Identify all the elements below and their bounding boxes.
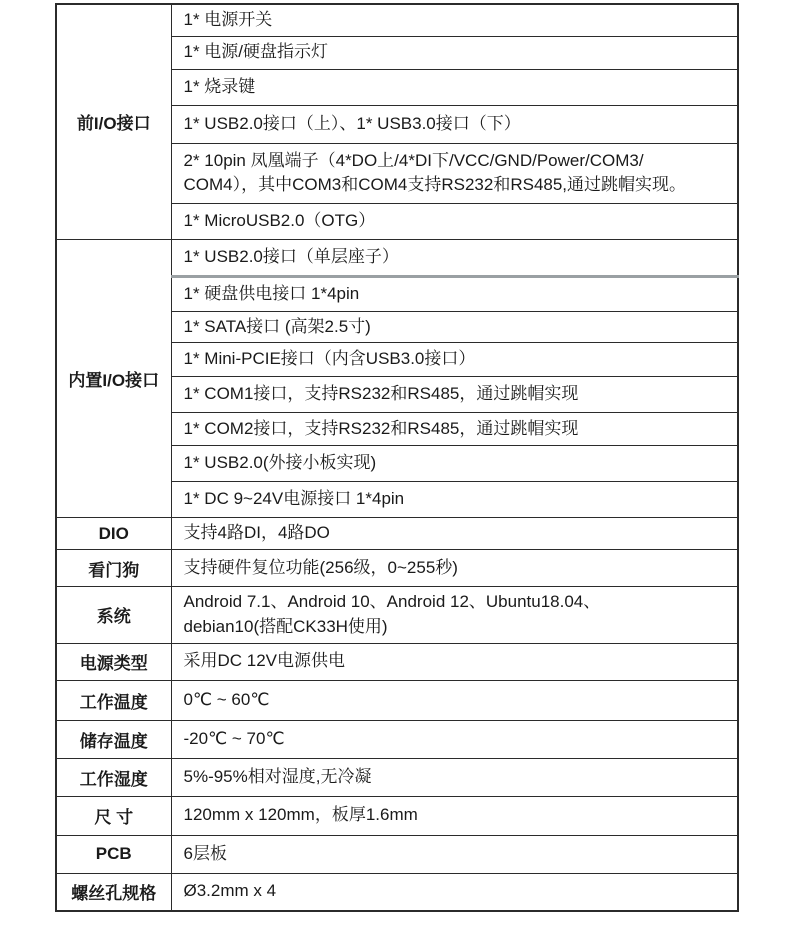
row-value: 1* SATA接口 (高架2.5寸)	[171, 311, 738, 343]
row-value: Ø3.2mm x 4	[171, 873, 738, 911]
row-value: 0℃ ~ 60℃	[171, 680, 738, 720]
row-value: 1* USB2.0(外接小板实现)	[171, 446, 738, 482]
table-row: 看门狗 支持硬件复位功能(256级，0~255秒)	[56, 550, 738, 587]
table-row: 工作温度 0℃ ~ 60℃	[56, 680, 738, 720]
row-value: -20℃ ~ 70℃	[171, 720, 738, 758]
table-row: 内置I/O接口 1* USB2.0接口（单层座子）	[56, 239, 738, 276]
row-label-storage-temp: 储存温度	[56, 720, 171, 758]
row-label-internal-io: 内置I/O接口	[56, 239, 171, 518]
table-row: 系统 Android 7.1、Android 10、Android 12、Ubu…	[56, 587, 738, 643]
row-label-operating-temp: 工作温度	[56, 680, 171, 720]
row-value: 1* USB2.0接口（上）、1* USB3.0接口（下）	[171, 105, 738, 143]
spec-table: 前I/O接口 1* 电源开关 1* 电源/硬盘指示灯 1* 烧录键 1* USB…	[55, 3, 739, 912]
row-value: 1* COM1接口，支持RS232和RS485，通过跳帽实现	[171, 377, 738, 413]
row-value: 120mm x 120mm，板厚1.6mm	[171, 796, 738, 835]
row-value: 1* COM2接口，支持RS232和RS485，通过跳帽实现	[171, 413, 738, 446]
row-value: 5%-95%相对湿度,无冷凝	[171, 758, 738, 796]
row-label-front-io: 前I/O接口	[56, 4, 171, 239]
row-value: 6层板	[171, 835, 738, 873]
spec-table-container: 前I/O接口 1* 电源开关 1* 电源/硬盘指示灯 1* 烧录键 1* USB…	[55, 3, 739, 912]
row-label-power-type: 电源类型	[56, 643, 171, 680]
row-value: 1* USB2.0接口（单层座子）	[171, 239, 738, 276]
table-row: 储存温度 -20℃ ~ 70℃	[56, 720, 738, 758]
table-row: 工作湿度 5%-95%相对湿度,无冷凝	[56, 758, 738, 796]
row-value: 采用DC 12V电源供电	[171, 643, 738, 680]
row-value: 1* 烧录键	[171, 69, 738, 105]
row-value: 1* MicroUSB2.0（OTG）	[171, 203, 738, 239]
row-value: 1* 电源/硬盘指示灯	[171, 36, 738, 69]
table-row: 尺 寸 120mm x 120mm，板厚1.6mm	[56, 796, 738, 835]
row-value: 1* 电源开关	[171, 4, 738, 36]
row-label-dio: DIO	[56, 518, 171, 550]
spec-sheet-page: 前I/O接口 1* 电源开关 1* 电源/硬盘指示灯 1* 烧录键 1* USB…	[0, 0, 790, 936]
row-value: 1* 硬盘供电接口 1*4pin	[171, 276, 738, 311]
row-value: 1* Mini-PCIE接口（内含USB3.0接口）	[171, 343, 738, 377]
row-value: Android 7.1、Android 10、Android 12、Ubuntu…	[171, 587, 738, 643]
row-value: 1* DC 9~24V电源接口 1*4pin	[171, 482, 738, 518]
row-label-screw-hole: 螺丝孔规格	[56, 873, 171, 911]
table-row: DIO 支持4路DI，4路DO	[56, 518, 738, 550]
row-label-pcb: PCB	[56, 835, 171, 873]
row-label-dimensions: 尺 寸	[56, 796, 171, 835]
row-value: 支持4路DI，4路DO	[171, 518, 738, 550]
table-row: PCB 6层板	[56, 835, 738, 873]
table-row: 螺丝孔规格 Ø3.2mm x 4	[56, 873, 738, 911]
row-value: 支持硬件复位功能(256级，0~255秒)	[171, 550, 738, 587]
row-label-operating-humidity: 工作湿度	[56, 758, 171, 796]
table-row: 电源类型 采用DC 12V电源供电	[56, 643, 738, 680]
table-row: 前I/O接口 1* 电源开关	[56, 4, 738, 36]
row-label-os: 系统	[56, 587, 171, 643]
row-value: 2* 10pin 凤凰端子（4*DO上/4*DI下/VCC/GND/Power/…	[171, 143, 738, 203]
row-label-watchdog: 看门狗	[56, 550, 171, 587]
